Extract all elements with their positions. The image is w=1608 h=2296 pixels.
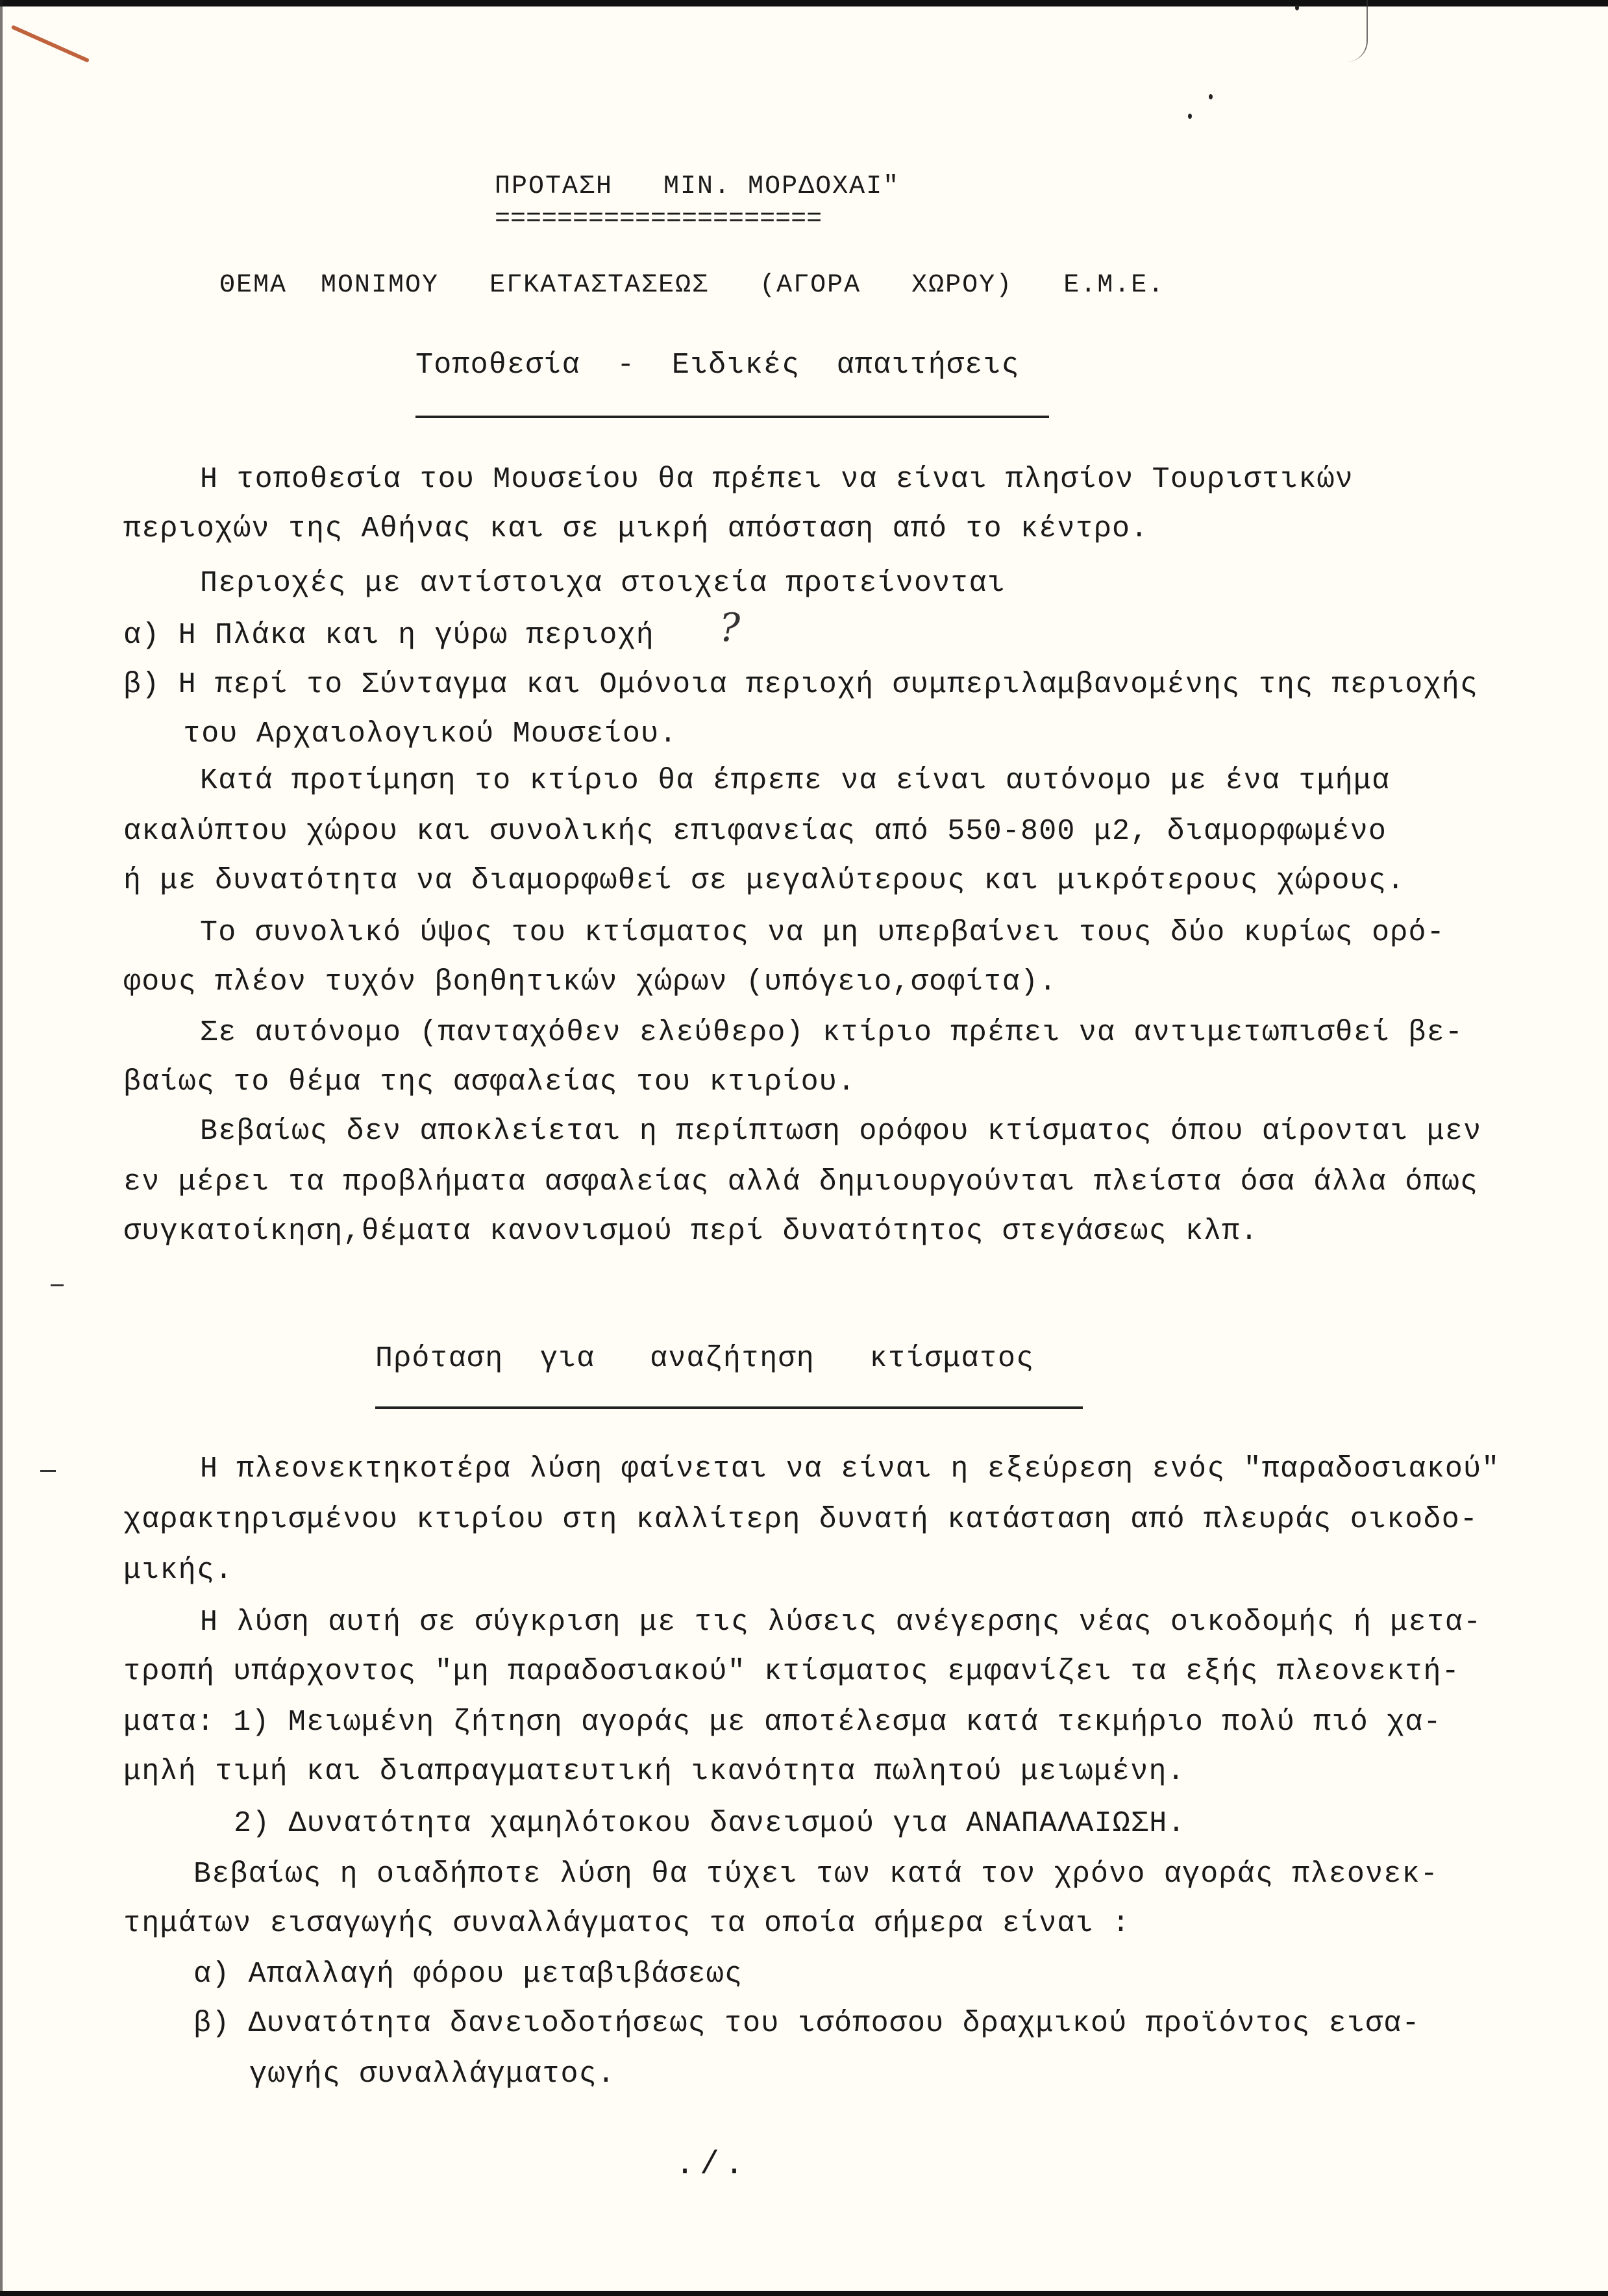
text-line: Το συνολικό ύψος του κτίσματος να μη υπε… xyxy=(200,918,1445,947)
text-line: τροπή υπάρχοντος "μη παραδοσιακού" κτίσμ… xyxy=(123,1657,1460,1686)
margin-mark xyxy=(51,1284,64,1286)
title-underline: ===================== xyxy=(495,206,822,232)
pencil-stroke-mark xyxy=(1347,0,1368,62)
list-item: 2) Δυνατότητα χαμηλότοκου δανεισμού για … xyxy=(234,1809,1186,1838)
continuation-mark: ./. xyxy=(675,2147,749,2184)
ink-speck xyxy=(1188,114,1192,119)
section-heading-rule xyxy=(375,1406,1083,1409)
text-line: ή με δυνατότητα να διαμορφωθεί σε μεγαλύ… xyxy=(123,866,1405,895)
section-heading: Πρόταση για αναζήτηση κτίσματος xyxy=(375,1344,1034,1373)
text-line: ματα: 1) Μειωμένη ζήτηση αγοράς με αποτέ… xyxy=(123,1708,1442,1737)
list-item: β) Η περί το Σύνταγμα και Ομόνοια περιοχ… xyxy=(123,670,1478,699)
section-heading-rule xyxy=(415,416,1049,418)
text-line: Περιοχές με αντίστοιχα στοιχεία προτείνο… xyxy=(200,569,1006,598)
document-title: ΠΡΟΤΑΣΗ ΜΙΝ. ΜΟΡΔΟΧΑΙ" xyxy=(495,174,900,200)
text-line: μηλή τιμή και διαπραγματευτική ικανότητα… xyxy=(123,1757,1185,1786)
text-line: Βεβαίως δεν αποκλείεται η περίπτωση ορόφ… xyxy=(200,1117,1481,1146)
text-line: Η τοποθεσία του Μουσείου θα πρέπει να εί… xyxy=(200,465,1354,494)
section-heading: Τοποθεσία - Ειδικές απαιτήσεις xyxy=(415,351,1020,380)
handwritten-question-mark: ? xyxy=(719,605,740,651)
text-line: του Αρχαιολογικού Μουσείου. xyxy=(183,719,678,749)
text-line: τημάτων εισαγωγής συναλλάγματος τα οποία… xyxy=(123,1909,1130,1938)
list-item: α) Απαλλαγή φόρου μεταβιβάσεως xyxy=(193,1960,743,1989)
document-subject: ΘΕΜΑ ΜΟΝΙΜΟΥ ΕΓΚΑΤΑΣΤΑΣΕΩΣ (ΑΓΟΡΑ ΧΩΡΟΥ)… xyxy=(219,273,1165,299)
list-item: α) Η Πλάκα και η γύρω περιοχή xyxy=(123,621,654,650)
text-line: συγκατοίκηση,θέματα κανονισμού περί δυνα… xyxy=(123,1217,1259,1246)
margin-mark xyxy=(40,1470,56,1472)
text-line: βαίως το θέμα της ασφαλείας του κτιρίου. xyxy=(123,1067,856,1097)
text-line: Σε αυτόνομο (πανταχόθεν ελεύθερο) κτίριο… xyxy=(200,1018,1463,1047)
text-line: ακαλύπτου χώρου και συνολικής επιφανείας… xyxy=(123,817,1387,846)
ink-speck xyxy=(1209,94,1213,99)
text-line: Βεβαίως η οιαδήποτε λύση θα τύχει των κα… xyxy=(193,1860,1439,1889)
rust-stain-mark xyxy=(11,25,90,62)
text-line: φους πλέον τυχόν βοηθητικών χώρων (υπόγε… xyxy=(123,967,1057,997)
text-line: γωγής συναλλάγματος. xyxy=(249,2060,615,2089)
text-line: περιοχών της Αθήνας και σε μικρή απόστασ… xyxy=(123,514,1148,543)
scan-bottom-border xyxy=(0,2291,1608,2296)
ink-speck xyxy=(1295,5,1299,10)
list-item: β) Δυνατότητα δανειοδοτήσεως του ισόποσο… xyxy=(193,2009,1420,2038)
text-line: Η λύση αυτή σε σύγκριση με τις λύσεις αν… xyxy=(200,1608,1481,1637)
text-line: χαρακτηρισμένου κτιρίου στη καλλίτερη δυ… xyxy=(123,1505,1478,1534)
text-line: Η πλεονεκτηκοτέρα λύση φαίνεται να είναι… xyxy=(200,1454,1500,1484)
text-line: Κατά προτίμηση το κτίριο θα έπρεπε να εί… xyxy=(200,766,1390,795)
text-line: μικής. xyxy=(123,1556,233,1585)
scan-left-border xyxy=(0,0,3,2296)
text-line: εν μέρει τα προβλήματα ασφαλείας αλλά δη… xyxy=(123,1167,1478,1197)
